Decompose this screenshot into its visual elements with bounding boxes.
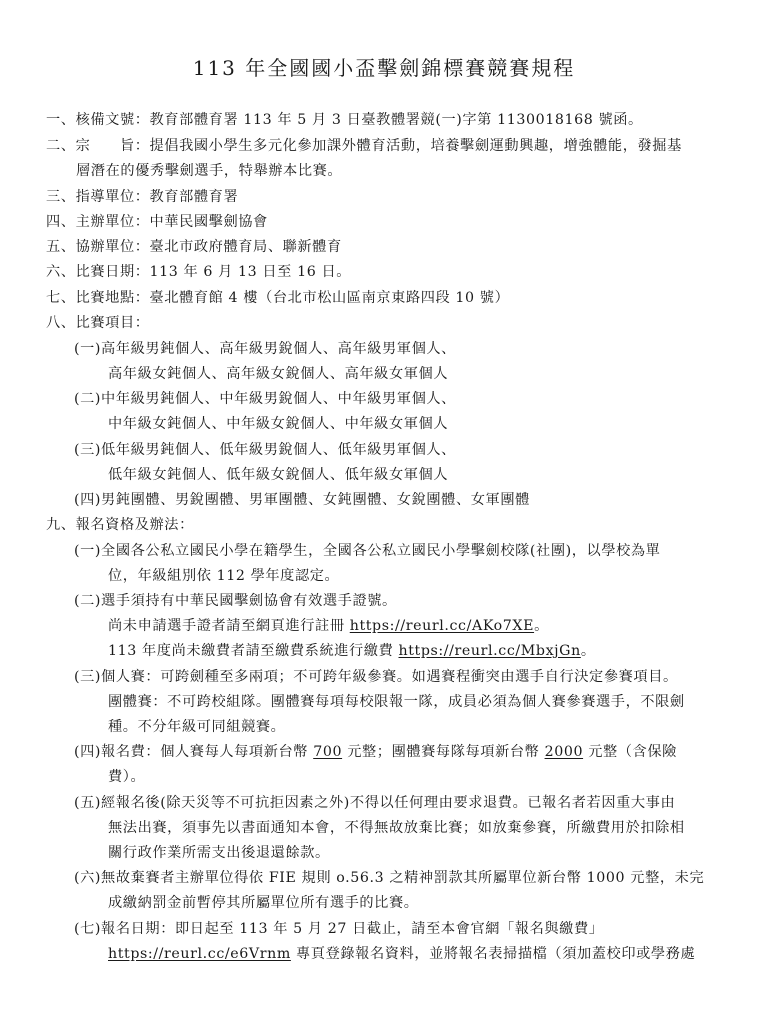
registration-item-6: (六)無故棄賽者主辦單位得依 FIE 規則 o.56.3 之精神罰款其所屬單位新…	[74, 868, 704, 888]
document-title: 113 年全國國小盃擊劍錦標賽競賽規程	[0, 54, 768, 82]
individual-fee: 700	[313, 744, 342, 760]
registration-item-6-cont: 成繳納罰金前暫停其所屬單位所有選手的比賽。	[108, 893, 419, 913]
registration-item-1: (一)全國各公私立國民小學在籍學生，全國各公私立國民小學擊劍校隊(社團)，以學校…	[74, 541, 660, 561]
payment-text: 113 年度尚未繳費者請至繳費系統進行繳費	[108, 643, 399, 659]
events-item-2-cont: 中年級女鈍個人、中年級女銳個人、中年級女軍個人	[108, 414, 448, 434]
registration-item-2: (二)選手須持有中華民國擊劍協會有效選手證號。	[74, 591, 397, 611]
section-events-heading: 八、比賽項目：	[46, 313, 150, 333]
fee-text-mid: 元整；團體賽每隊每項新台幣	[342, 744, 544, 760]
registration-item-5-cont-1: 無法出賽，須事先以書面通知本會，不得無故放棄比賽；如放棄參賽，所繳費用於扣除相	[108, 818, 685, 838]
section-purpose-cont: 層潛在的優秀擊劍選手，特舉辦本比賽。	[76, 161, 342, 181]
fee-text-post: 元整（含保險	[583, 744, 677, 760]
register-link[interactable]: https://reurl.cc/AKo7XE	[350, 618, 534, 634]
registration-item-2-register-line: 尚未申請選手證者請至網頁進行註冊 https://reurl.cc/AKo7XE…	[108, 616, 549, 636]
document-page: 113 年全國國小盃擊劍錦標賽競賽規程 一、核備文號：教育部體育署 113 年 …	[0, 0, 768, 1024]
registration-item-2-payment-line: 113 年度尚未繳費者請至繳費系統進行繳費 https://reurl.cc/M…	[108, 641, 596, 661]
registration-item-5-cont-2: 關行政作業所需支出後退還餘款。	[108, 843, 330, 863]
register-end: 。	[534, 618, 549, 634]
section-date: 六、比賽日期：113 年 6 月 13 日至 16 日。	[46, 262, 351, 282]
section-organizer: 四、主辦單位：中華民國擊劍協會	[46, 212, 268, 232]
events-item-4: (四)男鈍團體、男銳團體、男軍團體、女鈍團體、女銳團體、女軍團體	[74, 490, 530, 510]
team-fee: 2000	[545, 744, 584, 760]
fee-text-pre: (四)報名費：個人賽每人每項新台幣	[74, 744, 313, 760]
payment-link[interactable]: https://reurl.cc/MbxjGn	[399, 643, 581, 659]
registration-item-4-cont: 費）。	[108, 767, 145, 787]
payment-end: 。	[581, 643, 596, 659]
events-item-1-cont: 高年級女鈍個人、高年級女銳個人、高年級女軍個人	[108, 364, 448, 384]
section-approval-number: 一、核備文號：教育部體育署 113 年 5 月 3 日臺教體署競(一)字第 11…	[46, 110, 643, 130]
registration-item-3: (三)個人賽：可跨劍種至多兩項；不可跨年級參賽。如遇賽程衝突由選手自行決定參賽項…	[74, 667, 678, 687]
registration-item-1-cont: 位，年級組別依 112 學年度認定。	[108, 566, 339, 586]
events-item-1: (一)高年級男鈍個人、高年級男銳個人、高年級男軍個人、	[74, 339, 456, 359]
section-purpose: 二、宗 旨：提倡我國小學生多元化參加課外體育活動，培養擊劍運動興趣，增強體能，發…	[46, 136, 682, 156]
registration-item-7-cont: https://reurl.cc/e6Vrnm 專頁登錄報名資料，並將報名表掃描…	[108, 944, 695, 964]
register-text: 尚未申請選手證者請至網頁進行註冊	[108, 618, 350, 634]
registration-link[interactable]: https://reurl.cc/e6Vrnm	[108, 946, 291, 962]
registration-item-7: (七)報名日期：即日起至 113 年 5 月 27 日截止，請至本會官網「報名與…	[74, 919, 604, 939]
registration-item-3-cont-1: 團體賽：不可跨校組隊。團體賽每項每校限報一隊，成員必須為個人賽參賽選手，不限劍	[108, 692, 685, 712]
section-co-organizer: 五、協辦單位：臺北市政府體育局、聯新體育	[46, 237, 342, 257]
section-registration-heading: 九、報名資格及辦法：	[46, 515, 194, 535]
section-supervisor: 三、指導單位：教育部體育署	[46, 187, 238, 207]
registration-item-5: (五)經報名後(除天災等不可抗拒因素之外)不得以任何理由要求退費。已報名者若因重…	[74, 793, 675, 813]
events-item-3: (三)低年級男鈍個人、低年級男銳個人、低年級男軍個人、	[74, 440, 456, 460]
section-venue: 七、比賽地點：臺北體育館 4 樓（台北市松山區南京東路四段 10 號）	[46, 288, 509, 308]
registration-item-3-cont-2: 種。不分年級可同組競賽。	[108, 717, 285, 737]
registration-item-4: (四)報名費：個人賽每人每項新台幣 700 元整；團體賽每隊每項新台幣 2000…	[74, 742, 677, 762]
registration-instructions: 專頁登錄報名資料，並將報名表掃描檔（須加蓋校印或學務處	[291, 946, 695, 962]
events-item-3-cont: 低年級女鈍個人、低年級女銳個人、低年級女軍個人	[108, 465, 448, 485]
events-item-2: (二)中年級男鈍個人、中年級男銳個人、中年級男軍個人、	[74, 389, 456, 409]
